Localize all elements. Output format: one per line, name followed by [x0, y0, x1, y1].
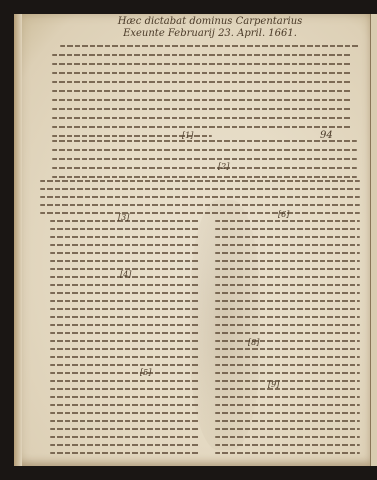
handwriting-line	[52, 149, 357, 151]
handwriting-line	[215, 284, 360, 286]
handwriting-line	[40, 204, 360, 206]
handwriting-line	[215, 260, 360, 262]
handwriting-line	[215, 308, 360, 310]
handwriting-line	[50, 436, 200, 438]
handwriting-line	[50, 332, 200, 334]
handwriting-line	[215, 228, 360, 230]
handwriting-line	[50, 340, 200, 342]
handwriting-line	[52, 108, 352, 110]
section-marker-1: [1]	[182, 131, 193, 140]
handwriting-line	[50, 388, 200, 390]
handwriting-line	[50, 372, 200, 374]
handwriting-line	[50, 412, 200, 414]
handwriting-line	[60, 45, 360, 47]
handwriting-line	[215, 452, 360, 454]
handwriting-line	[215, 364, 360, 366]
section-marker-2: [2]	[218, 162, 229, 171]
handwriting-line	[50, 380, 200, 382]
handwriting-line	[50, 404, 200, 406]
handwriting-line	[52, 54, 352, 56]
handwriting-line	[52, 90, 352, 92]
handwriting-line	[215, 356, 360, 358]
page-gutter	[14, 14, 22, 466]
section-marker-3: [3]	[118, 213, 129, 222]
handwriting-line	[50, 244, 200, 246]
handwriting-line	[52, 72, 352, 74]
handwriting-line	[215, 276, 360, 278]
handwriting-line	[215, 372, 360, 374]
handwriting-line	[215, 236, 360, 238]
handwriting-line	[50, 428, 200, 430]
handwriting-line	[215, 380, 360, 382]
handwriting-line	[215, 428, 360, 430]
handwriting-line	[215, 324, 360, 326]
section-marker-5: [5]	[140, 368, 151, 377]
handwriting-line	[215, 436, 360, 438]
handwriting-line	[215, 332, 360, 334]
handwriting-line	[215, 412, 360, 414]
handwriting-line	[50, 292, 200, 294]
handwriting-line	[40, 180, 360, 182]
handwriting-line	[50, 260, 200, 262]
handwriting-line	[40, 196, 360, 198]
handwriting-line	[50, 236, 200, 238]
handwriting-line	[215, 316, 360, 318]
handwriting-line	[50, 420, 200, 422]
handwriting-line	[52, 117, 352, 119]
handwriting-line	[52, 158, 357, 160]
handwriting-line	[50, 308, 200, 310]
handwriting-line	[50, 324, 200, 326]
handwriting-line	[50, 316, 200, 318]
adjacent-page-edge	[370, 14, 377, 466]
handwriting-line	[215, 340, 360, 342]
handwriting-line	[52, 126, 352, 128]
handwriting-line	[52, 99, 352, 101]
handwriting-line	[215, 420, 360, 422]
handwriting-line	[215, 252, 360, 254]
section-marker-8: [8]	[248, 338, 259, 347]
section-marker-4: [4]	[120, 270, 131, 279]
handwriting-line	[215, 220, 360, 222]
handwriting-line	[40, 212, 360, 214]
handwriting-line	[215, 300, 360, 302]
section-marker-6: [6]	[278, 210, 289, 219]
page-heading: Hæc dictabat dominus Carpentarius Exeunt…	[95, 16, 325, 40]
handwriting-line	[215, 244, 360, 246]
heading-line-2: Exeunte Februarij 23. April. 1661.	[95, 28, 325, 40]
handwriting-line	[50, 228, 200, 230]
handwriting-line	[52, 140, 357, 142]
handwriting-line	[215, 292, 360, 294]
handwriting-line	[215, 396, 360, 398]
handwriting-line	[50, 356, 200, 358]
handwriting-line	[215, 444, 360, 446]
handwriting-line	[50, 444, 200, 446]
handwriting-line	[52, 81, 352, 83]
handwriting-line	[50, 252, 200, 254]
section-marker-9: [9]	[268, 380, 279, 389]
handwriting-line	[52, 167, 357, 169]
handwriting-line	[215, 404, 360, 406]
handwriting-line	[50, 300, 200, 302]
handwriting-line	[50, 452, 200, 454]
handwriting-line	[215, 388, 360, 390]
handwriting-line	[52, 63, 352, 65]
handwriting-line	[215, 268, 360, 270]
handwriting-line	[50, 396, 200, 398]
margin-number: 94	[320, 130, 333, 141]
handwriting-line	[50, 364, 200, 366]
handwriting-line	[215, 348, 360, 350]
handwriting-line	[52, 176, 357, 178]
handwriting-line	[40, 188, 360, 190]
handwriting-line	[50, 348, 200, 350]
handwriting-line	[50, 284, 200, 286]
heading-line-1: Hæc dictabat dominus Carpentarius	[95, 16, 325, 28]
